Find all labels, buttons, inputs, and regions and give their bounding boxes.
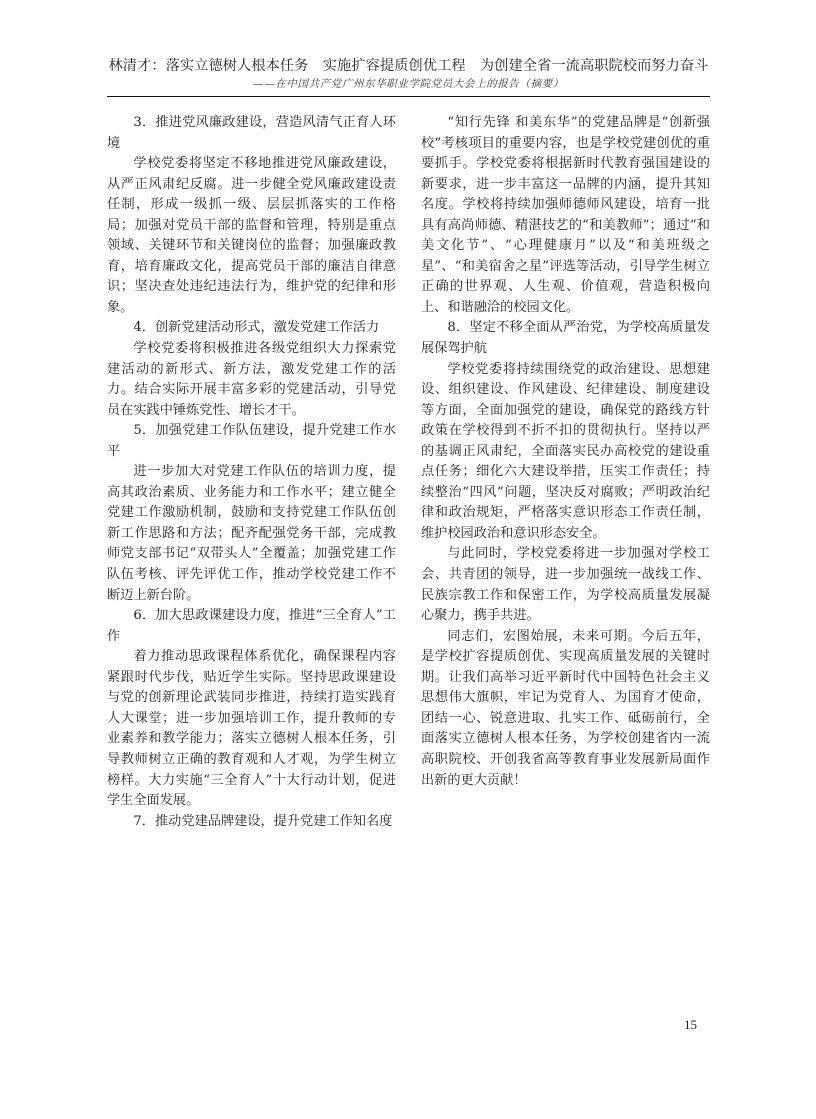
paragraph: 学校党委将积极推进各级党组织大力探索党建活动的新形式、新方法，激发党建工作的活力… — [107, 339, 396, 421]
header-rule — [107, 96, 710, 97]
paragraph: 进一步加大对党建工作队伍的培训力度，提高其政治素质、业务能力和工作水平；建立健全… — [107, 462, 396, 606]
section-heading-6: 6．加大思政课建设力度，推进“三全育人”工作 — [107, 606, 396, 647]
section-heading-5: 5．加强党建工作队伍建设，提升党建工作水平 — [107, 421, 396, 462]
article-subtitle: ——在中国共产党广州东华职业学院党员大会上的报告（摘要） — [107, 77, 710, 91]
paragraph: 与此同时，学校党委将进一步加强对学校工会、共青团的领导，进一步加强统一战线工作、… — [421, 544, 710, 626]
paragraph: “知行先锋 和美东华”的党建品牌是“创新强校”考核项目的重要内容，也是学校党建创… — [421, 113, 710, 318]
page-number: 15 — [684, 1017, 697, 1033]
article-title: 林清才：落实立德树人根本任务 实施扩容提质创优工程 为创建全省一流高职院校而努力… — [107, 56, 710, 76]
left-column: 3．推进党风廉政建设，营造风清气正育人环境 学校党委将坚定不移地推进党风廉政建设… — [107, 113, 396, 832]
running-header: 林清才：落实立德树人根本任务 实施扩容提质创优工程 为创建全省一流高职院校而努力… — [107, 56, 710, 91]
right-column: “知行先锋 和美东华”的党建品牌是“创新强校”考核项目的重要内容，也是学校党建创… — [421, 113, 710, 791]
section-heading-7: 7．推动党建品牌建设，提升党建工作知名度 — [107, 812, 396, 833]
section-heading-3: 3．推进党风廉政建设，营造风清气正育人环境 — [107, 113, 396, 154]
paragraph: 学校党委将持续围绕党的政治建设、思想建设、组织建设、作风建设、纪律建设、制度建设… — [421, 360, 710, 545]
section-heading-4: 4．创新党建活动形式，激发党建工作活力 — [107, 318, 396, 339]
closing-paragraph: 同志们，宏图始展，未来可期。今后五年，是学校扩容提质创优、实现高质量发展的关键时… — [421, 627, 710, 791]
section-heading-8: 8．坚定不移全面从严治党，为学校高质量发展保驾护航 — [421, 318, 710, 359]
paragraph: 着力推动思政课程体系优化，确保课程内容紧跟时代步伐，贴近学生实际。坚持思政课建设… — [107, 647, 396, 811]
paragraph: 学校党委将坚定不移地推进党风廉政建设，从严正风肃纪反腐。进一步健全党风廉政建设责… — [107, 154, 396, 318]
